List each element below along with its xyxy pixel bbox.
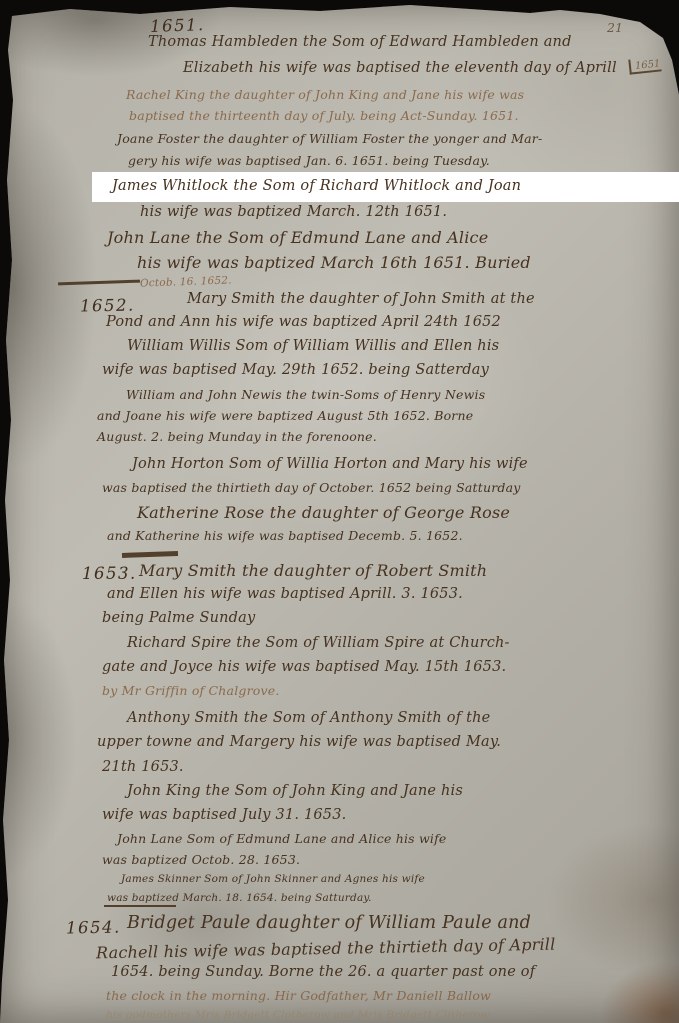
- register-line: William and John Newis the twin-Soms of …: [126, 387, 485, 402]
- register-line: Pond and Ann his wife was baptized April…: [106, 314, 501, 330]
- register-line: Bridget Paule daughter of William Paule …: [127, 913, 531, 933]
- register-line: Rachel King the daughter of John King an…: [126, 87, 524, 102]
- ink-dash: [58, 280, 140, 285]
- register-line: the clock in the morning. Hir Godfather,…: [106, 988, 491, 1003]
- register-line: wife was baptised May. 29th 1652. being …: [102, 362, 489, 378]
- ink-underline: [104, 905, 176, 907]
- register-line: Joane Foster the daughter of William Fos…: [117, 131, 542, 146]
- register-line: John Horton Som of Willia Horton and Mar…: [132, 456, 528, 472]
- register-line: and Katherine his wife was baptised Dece…: [107, 528, 463, 543]
- register-line: his wife was baptized March 16th 1651. B…: [137, 253, 531, 272]
- register-line: by Mr Griffin of Chalgrove.: [102, 683, 280, 698]
- register-line: Rachell his wife was baptised the thirti…: [96, 935, 556, 963]
- margin-note-1651: 1651: [628, 56, 662, 74]
- register-line: 1654. being Sunday. Borne the 26. a quar…: [111, 964, 535, 980]
- register-line: Mary Smith the daughter of John Smith at…: [187, 291, 535, 307]
- register-line: Richard Spire the Som of William Spire a…: [127, 635, 510, 651]
- register-line: Thomas Hambleden the Som of Edward Hambl…: [148, 34, 572, 50]
- register-line: Anthony Smith the Som of Anthony Smith o…: [127, 710, 490, 726]
- register-line: James Skinner Som of John Skinner and Ag…: [121, 873, 425, 885]
- register-line: William Willis Som of William Willis and…: [127, 338, 499, 354]
- register-line: baptised the thirteenth day of July. bei…: [129, 108, 519, 123]
- register-line: and Ellen his wife was baptised Aprill. …: [107, 586, 463, 602]
- register-line: his wife was baptized March. 12th 1651.: [140, 204, 447, 220]
- register-line: August. 2. being Munday in the forenoone…: [97, 429, 377, 444]
- manuscript-page: 21 1651 1651. 1652. 1653. 1654. Thomas H…: [0, 0, 679, 1023]
- register-line: his godmothers Mris Bridgett Clotherow a…: [106, 1009, 490, 1021]
- register-line: was baptised the thirtieth day of Octobe…: [102, 480, 521, 495]
- register-line: John King the Som of John King and Jane …: [127, 783, 463, 799]
- register-line: Mary Smith the daughter of Robert Smith: [139, 561, 487, 580]
- year-marker-1653: 1653.: [82, 564, 137, 583]
- register-line: 21th 1653.: [102, 759, 184, 775]
- register-line: wife was baptised July 31. 1653.: [102, 807, 346, 823]
- register-line: gery his wife was baptised Jan. 6. 1651.…: [128, 153, 490, 168]
- register-line: upper towne and Margery his wife was bap…: [97, 734, 501, 750]
- register-line: was baptized Octob. 28. 1653.: [102, 852, 300, 867]
- register-line: Octob. 16. 1652.: [140, 274, 232, 289]
- register-line: John Lane the Som of Edmund Lane and Ali…: [107, 228, 488, 247]
- register-line: John Lane Som of Edmund Lane and Alice h…: [117, 831, 447, 846]
- register-line: being Palme Sunday: [102, 610, 255, 626]
- year-marker-1651: 1651.: [150, 15, 205, 36]
- register-line: Elizabeth his wife was baptised the elev…: [183, 60, 617, 76]
- manuscript-photo: 21 1651 1651. 1652. 1653. 1654. Thomas H…: [0, 0, 679, 1023]
- register-line: and Joane his wife were baptized August …: [97, 408, 473, 423]
- year-marker-1652: 1652.: [80, 295, 135, 315]
- register-line: Katherine Rose the daughter of George Ro…: [137, 503, 510, 522]
- year-marker-1654: 1654.: [66, 917, 121, 937]
- page-number: 21: [607, 20, 623, 35]
- ink-dash: [122, 551, 178, 558]
- register-line-highlighted: James Whitlock the Som of Richard Whitlo…: [112, 178, 521, 194]
- register-line: gate and Joyce his wife was baptised May…: [102, 659, 506, 675]
- register-line: was baptized March. 18. 1654. being Satt…: [107, 892, 372, 904]
